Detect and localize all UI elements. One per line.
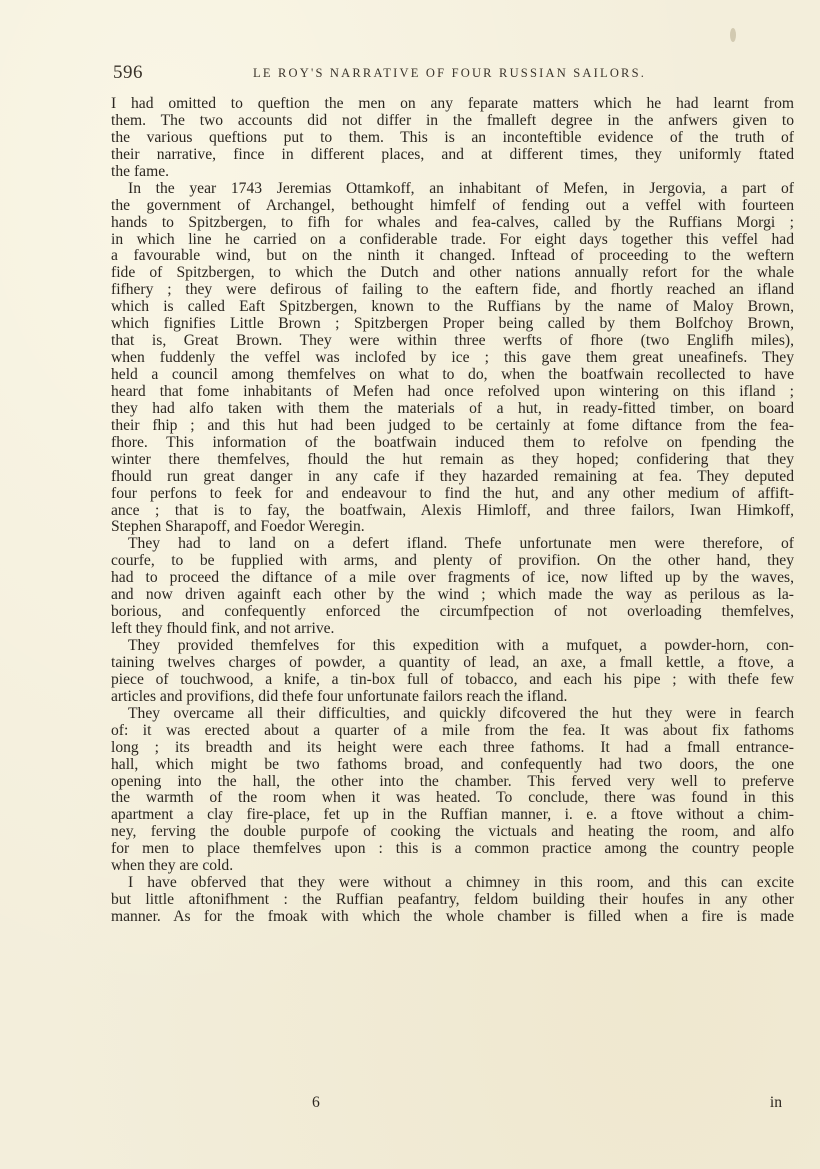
text-line: heard that fome inhabitants of Mefen had… bbox=[111, 384, 794, 401]
text-line: borious, and confequently enforced the c… bbox=[111, 604, 794, 621]
text-line: fhore. This information of the boatfwain… bbox=[111, 435, 794, 452]
text-line: in which line he carried on a confiderab… bbox=[111, 232, 794, 249]
text-line: for men to place themfelves upon : this … bbox=[111, 841, 794, 858]
text-line: They overcame all their difficulties, an… bbox=[111, 706, 794, 723]
paragraph: I had omitted to queftion the men on any… bbox=[111, 96, 794, 181]
text-line: when they are cold. bbox=[111, 858, 794, 875]
running-head: 596 Le Roy's Narrative of Four Russian S… bbox=[113, 62, 795, 84]
text-line: which fignifies Little Brown ; Spitzberg… bbox=[111, 316, 794, 333]
text-line: and now driven againft each other by the… bbox=[111, 587, 794, 604]
text-line: fhould run great danger in any cafe if t… bbox=[111, 469, 794, 486]
paragraph: In the year 1743 Jeremias Ottamkoff, an … bbox=[111, 181, 794, 537]
book-page: 596 Le Roy's Narrative of Four Russian S… bbox=[0, 0, 820, 1169]
text-line: them. The two accounts did not differ in… bbox=[111, 113, 794, 130]
text-line: their fhip ; and this hut had been judge… bbox=[111, 418, 794, 435]
text-line: had to proceed the diftance of a mile ov… bbox=[111, 570, 794, 587]
text-line: they had alfo taken with them the materi… bbox=[111, 401, 794, 418]
text-line: apartment a clay fire-place, fet up in t… bbox=[111, 807, 794, 824]
text-line: the fame. bbox=[111, 164, 794, 181]
text-line: ney, ferving the double purpofe of cooki… bbox=[111, 824, 794, 841]
text-line: fifhery ; they were defirous of failing … bbox=[111, 282, 794, 299]
body-text: I had omitted to queftion the men on any… bbox=[111, 96, 794, 926]
text-line: the government of Archangel, bethought h… bbox=[111, 198, 794, 215]
text-line: four perfons to feek for and endeavour t… bbox=[111, 486, 794, 503]
text-line: I have obferved that they were without a… bbox=[111, 875, 794, 892]
paragraph: I have obferved that they were without a… bbox=[111, 875, 794, 926]
text-line: piece of touchwood, a knife, a tin-box f… bbox=[111, 672, 794, 689]
text-line: manner. As for the fmoak with which the … bbox=[111, 909, 794, 926]
text-line: when fuddenly the veffel was inclofed by… bbox=[111, 350, 794, 367]
page-footer: 6 in bbox=[111, 1094, 794, 1112]
text-line: which is called Eaft Spitzbergen, known … bbox=[111, 299, 794, 316]
text-line: but little aftonifhment : the Ruffian pe… bbox=[111, 892, 794, 909]
text-line: their narrative, fince in different plac… bbox=[111, 147, 794, 164]
text-line: courfe, to be fupplied with arms, and pl… bbox=[111, 553, 794, 570]
paragraph: They overcame all their difficulties, an… bbox=[111, 706, 794, 875]
text-line: held a council among themfelves on what … bbox=[111, 367, 794, 384]
text-line: ance ; that is to fay, the boatfwain, Al… bbox=[111, 503, 794, 520]
text-line: hands to Spitzbergen, to fifh for whales… bbox=[111, 215, 794, 232]
text-line: hall, which might be two fathoms broad, … bbox=[111, 757, 794, 774]
paragraph: They had to land on a defert ifland. The… bbox=[111, 536, 794, 638]
text-line: that is, Great Brown. They were within t… bbox=[111, 333, 794, 350]
signature-mark: 6 bbox=[312, 1094, 320, 1112]
running-title: Le Roy's Narrative of Four Russian Sailo… bbox=[253, 66, 646, 81]
text-line: a favourable wind, but on the ninth it c… bbox=[111, 248, 794, 265]
text-line: In the year 1743 Jeremias Ottamkoff, an … bbox=[111, 181, 794, 198]
text-line: of: it was erected about a quarter of a … bbox=[111, 723, 794, 740]
text-line: left they fhould fink, and not arrive. bbox=[111, 621, 794, 638]
paragraph: They provided themfelves for this expedi… bbox=[111, 638, 794, 706]
catchword: in bbox=[770, 1094, 782, 1112]
text-line: the warmth of the room when it was heate… bbox=[111, 790, 794, 807]
text-line: fide of Spitzbergen, to which the Dutch … bbox=[111, 265, 794, 282]
text-line: They provided themfelves for this expedi… bbox=[111, 638, 794, 655]
text-line: the various queftions put to them. This … bbox=[111, 130, 794, 147]
text-line: They had to land on a defert ifland. The… bbox=[111, 536, 794, 553]
page-number: 596 bbox=[113, 62, 143, 84]
text-line: I had omitted to queftion the men on any… bbox=[111, 96, 794, 113]
text-line: articles and provifions, did thefe four … bbox=[111, 689, 794, 706]
text-line: Stephen Sharapoff, and Foedor Weregin. bbox=[111, 519, 794, 536]
text-line: taining twelves charges of powder, a qua… bbox=[111, 655, 794, 672]
paper-blemish bbox=[730, 28, 736, 42]
text-line: long ; its breadth and its height were e… bbox=[111, 740, 794, 757]
text-line: opening into the hall, the other into th… bbox=[111, 774, 794, 791]
text-line: winter there themfelves, fhould the hut … bbox=[111, 452, 794, 469]
